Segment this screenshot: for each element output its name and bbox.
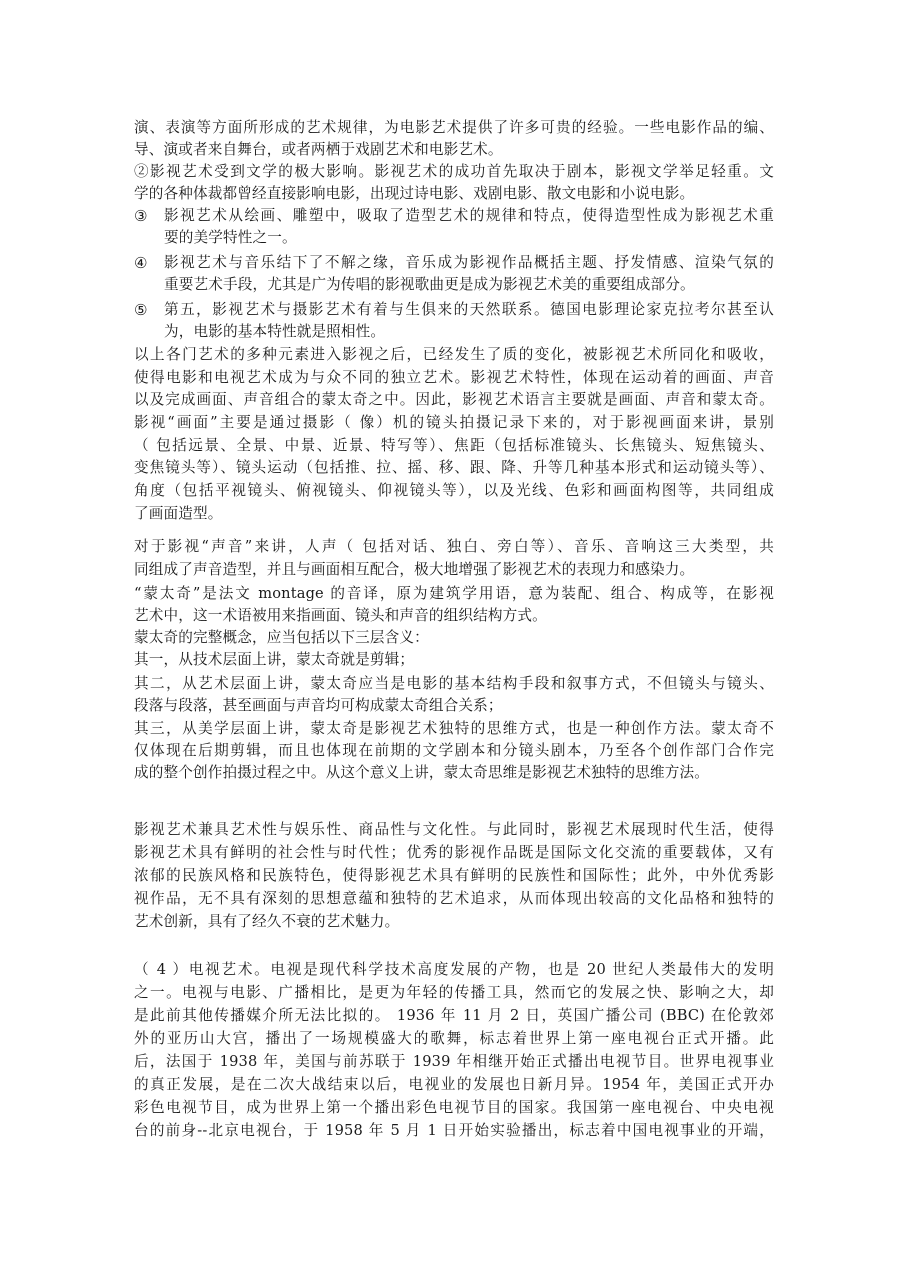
text-line: 使得电影和电视艺术成为与众不同的独立艺术。影视艺术特性，体现在运动着的画面、声音 (134, 367, 774, 389)
text-line: 其三，从美学层面上讲，蒙太奇是影视艺术独特的思维方式，也是一种创作方法。蒙太奇不 (134, 718, 774, 740)
text-line: 变焦镜头等）、镜头运动（包括推、拉、摇、移、跟、降、升等几种基本形式和运动镜头等… (134, 457, 774, 479)
text-line: 了画面造型。 (134, 503, 774, 525)
text-line: 的真正发展，是在二次大战结束以后，电视业的发展也日新月异。1954 年，美国正式… (134, 1074, 774, 1096)
text-line: 其二，从艺术层面上讲，蒙太奇应当是电影的基本结构手段和叙事方式，不但镜头与镜头、 (134, 673, 774, 695)
text-line: 演、表演等方面所形成的艺术规律，为电影艺术提供了许多可贵的经验。一些电影作品的编… (134, 117, 774, 139)
text-line: 段落与段落，甚至画面与声音均可构成蒙太奇组合关系； (134, 695, 774, 717)
text-line: 角度（包括平视镜头、俯视镜头、仰视镜头等），以及光线、色彩和画面构图等，共同组成 (134, 480, 774, 502)
text-line: （ 4 ）电视艺术。电视是现代科学技术高度发展的产物，也是 20 世纪人类最伟大… (134, 959, 774, 981)
list-item-line: 为，电影的基本特性就是照相性。 (164, 321, 774, 343)
text-line: 学的各种体裁都曾经直接影响电影，出现过诗电影、戏剧电影、散文电影和小说电影。 (134, 183, 774, 205)
list-item-line: 要的美学特性之一。 (164, 227, 774, 249)
text-line: 其一，从技术层面上讲，蒙太奇就是剪辑； (134, 649, 774, 671)
list-marker: ③ (134, 205, 147, 227)
text-line: 蒙太奇的完整概念，应当包括以下三层含义： (134, 627, 774, 649)
text-line: （ 包括远景、全景、中景、近景、特写等）、焦距（包括标准镜头、长焦镜头、短焦镜头… (134, 435, 774, 457)
list-marker: ⑤ (134, 299, 147, 321)
text-line: 是此前其他传播媒介所无法比拟的。 1936 年 11 月 2 日，英国广播公司 … (134, 1005, 774, 1027)
text-line: 影视艺术兼具艺术性与娱乐性、商品性与文化性。与此同时，影视艺术展现时代生活，使得 (134, 819, 774, 841)
text-line: 浓郁的民族风格和民族特色，使得影视艺术具有鲜明的民族性和国际性；此外，中外优秀影 (134, 865, 774, 887)
text-line: 同组成了声音造型，并且与画面相互配合，极大地增强了影视艺术的表现力和感染力。 (134, 559, 774, 581)
text-line: 彩色电视节目，成为世界上第一个播出彩色电视节目的国家。我国第一座电视台、中央电视 (134, 1097, 774, 1119)
text-line: 视作品，无不具有深刻的思想意蕴和独特的艺术追求，从而体现出较高的文化品格和独特的 (134, 888, 774, 910)
text-line: 仅体现在后期剪辑，而且也体现在前期的文学剧本和分镜头剧本，乃至各个创作部门合作完 (134, 740, 774, 762)
text-line: 成的整个创作拍摄过程之中。从这个意义上讲，蒙太奇思维是影视艺术独特的思维方法。 (134, 762, 774, 784)
text-line: 影视“画面”主要是通过摄影（ 像）机的镜头拍摄记录下来的，对于影视画面来讲，景别 (134, 412, 774, 434)
document-page: 演、表演等方面所形成的艺术规律，为电影艺术提供了许多可贵的经验。一些电影作品的编… (0, 0, 900, 1272)
list-item-line: 重要艺术手段，尤其是广为传唱的影视歌曲更是成为影视艺术美的重要组成部分。 (164, 274, 774, 296)
text-line: 后，法国于 1938 年，美国与前苏联于 1939 年相继开始正式播出电视节目。… (134, 1051, 774, 1073)
text-line: 以上各门艺术的多种元素进入影视之后，已经发生了质的变化，被影视艺术所同化和吸收， (134, 344, 774, 366)
text-line: ②影视艺术受到文学的极大影响。影视艺术的成功首先取决于剧本，影视文学举足轻重。文 (134, 161, 774, 183)
list-item-line: 影视艺术与音乐结下了不解之缘，音乐成为影视作品概括主题、抒发情感、渲染气氛的 (164, 252, 774, 274)
list-item-line: 第五，影视艺术与摄影艺术有着与生俱来的天然联系。德国电影理论家克拉考尔甚至认 (164, 299, 774, 321)
text-line: 外的亚历山大宫，播出了一场规模盛大的歌舞，标志着世界上第一座电视台正式开播。此 (134, 1028, 774, 1050)
list-marker: ④ (134, 252, 147, 274)
text-line: 之一。电视与电影、广播相比，是更为年轻的传播工具，然而它的发展之快、影响之大，却 (134, 982, 774, 1004)
text-line: 以及完成画面、声音组合的蒙太奇之中。因此，影视艺术语言主要就是画面、声音和蒙太奇… (134, 389, 774, 411)
list-item-line: 影视艺术从绘画、雕塑中，吸取了造型艺术的规律和特点，使得造型性成为影视艺术重 (164, 205, 774, 227)
text-line: 对于影视“声音”来讲，人声（ 包括对话、独白、旁白等）、音乐、音响这三大类型，共 (134, 536, 774, 558)
text-line: 艺术创新，具有了经久不衰的艺术魅力。 (134, 911, 774, 933)
text-line: 台的前身--北京电视台，于 1958 年 5 月 1 日开始实验播出，标志着中国… (134, 1120, 774, 1142)
text-line: “蒙太奇”是法文 montage 的音译，原为建筑学用语，意为装配、组合、构成等… (134, 583, 774, 605)
text-line: 艺术中，这一术语被用来指画面、镜头和声音的组织结构方式。 (134, 605, 774, 627)
text-line: 导、演或者来自舞台，或者两栖于戏剧艺术和电影艺术。 (134, 139, 774, 161)
text-line: 影视艺术具有鲜明的社会性与时代性；优秀的影视作品既是国际文化交流的重要载体，又有 (134, 842, 774, 864)
